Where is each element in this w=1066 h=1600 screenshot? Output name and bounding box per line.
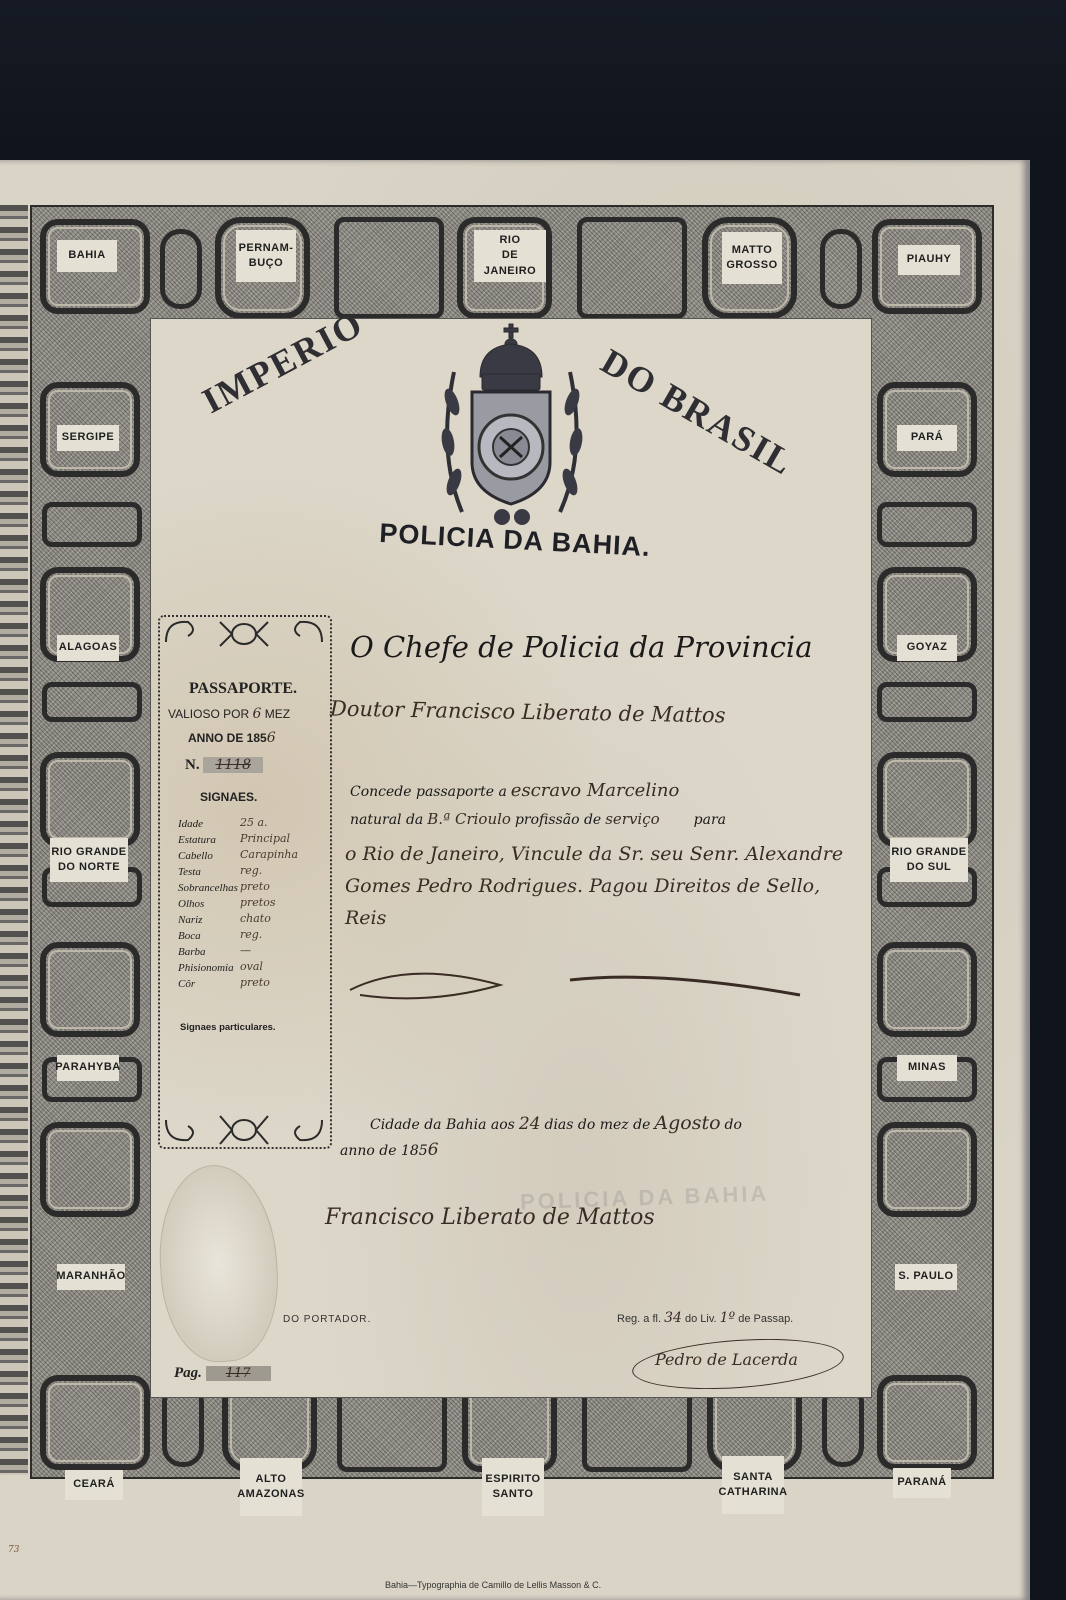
sign-field-value: Carapinha: [240, 848, 298, 861]
stub-number-label: N.: [185, 757, 200, 773]
province-label: PARÁ: [897, 425, 957, 451]
profession-label: profissão de: [515, 812, 601, 828]
date-prefix: Cidade da Bahia aos: [370, 1117, 515, 1133]
province-label: ESPIRITO SANTO: [482, 1458, 544, 1516]
province-label: GOYAZ: [897, 635, 957, 661]
stub-ornament-top-icon: [158, 612, 330, 652]
province-label: RIO GRANDE DO SUL: [890, 838, 968, 882]
sign-field-value: chato: [240, 912, 271, 925]
province-label: SANTA CATHARINA: [722, 1456, 784, 1514]
printer-credit: Bahia—Typographia de Camillo de Lellis M…: [385, 1580, 601, 1590]
province-label: RIO GRANDE DO NORTE: [50, 838, 128, 882]
stub-page-value: 117: [206, 1366, 271, 1381]
sign-field-label: Cabello: [178, 850, 213, 862]
sign-field-label: Testa: [178, 866, 201, 878]
province-label: PARANÁ: [893, 1468, 951, 1498]
province-label: MARANHÃO: [57, 1264, 125, 1290]
sign-field-value: Principal: [240, 832, 290, 845]
stub-year-value: 6: [267, 730, 276, 746]
ornament: [42, 682, 142, 722]
sign-field-label: Côr: [178, 978, 195, 990]
stub-particular-signs: Signaes particulares.: [180, 1022, 276, 1033]
date-day: 24: [519, 1114, 541, 1134]
stub-ornament-bottom-icon: [158, 1110, 330, 1150]
stub-page-label: Pag.: [174, 1365, 202, 1381]
sign-field-value: pretos: [240, 896, 276, 909]
province-label: RIO DE JANEIRO: [474, 230, 546, 282]
sign-field-label: Nariz: [178, 914, 202, 926]
stub-valid-for: VALIOSO POR 6 MEZ: [168, 706, 290, 722]
origin-prefix: natural da: [350, 812, 423, 828]
ornament: [877, 682, 977, 722]
province-label: MATTO GROSSO: [722, 232, 782, 284]
stub-number: N. 1118: [185, 757, 263, 774]
sign-field-label: Sobrancelhas: [178, 882, 238, 894]
sign-field-label: Barba: [178, 946, 206, 958]
sign-field-label: Olhos: [178, 898, 204, 910]
tile-right-4: [877, 942, 977, 1037]
province-label: PARAHYBA: [57, 1055, 119, 1081]
sign-field-value: —: [240, 944, 251, 957]
register-folio: 34: [664, 1310, 682, 1326]
left-ornamental-strip: [0, 205, 28, 1475]
sign-field-label: Phisionomia: [178, 962, 234, 974]
imperial-crest-icon: [432, 322, 592, 532]
destination-text: o Rio de Janeiro, Vincule da Sr. seu Sen…: [345, 838, 855, 934]
sign-field-label: Idade: [178, 818, 203, 830]
stub-number-value: 1118: [203, 757, 263, 773]
province-label: PERNAM- BUÇO: [236, 230, 296, 282]
stub-page: Pag. 117: [174, 1365, 271, 1382]
dark-backdrop-right: [1030, 160, 1066, 1600]
province-label: ALTO AMAZONAS: [240, 1458, 302, 1516]
date-line: Cidade da Bahia aos 24 dias do mez de Ag…: [370, 1112, 850, 1134]
stub-signs-heading: SIGNAES.: [200, 790, 257, 804]
province-label: SERGIPE: [57, 425, 119, 451]
register-suffix: de Passap.: [738, 1313, 793, 1325]
register-book-label: do Liv.: [685, 1313, 717, 1325]
sign-field-value: 25 a.: [240, 816, 268, 829]
sign-field-value: reg.: [240, 864, 262, 877]
tile-bottom-1: [40, 1375, 150, 1470]
ornament: [577, 217, 687, 319]
margin-note: 73: [8, 1545, 19, 1555]
sign-field-value: preto: [240, 976, 270, 989]
flourish-icon: [340, 965, 820, 1015]
grantee-name: escravo Marcelino: [511, 780, 679, 801]
grant-prefix: Concede passaporte a: [350, 784, 507, 800]
ornament: [820, 229, 862, 309]
register-label: Reg. a fl.: [617, 1313, 661, 1325]
tile-left-3: [40, 752, 140, 847]
sign-field-label: Boca: [178, 930, 201, 942]
sign-field-value: preto: [240, 880, 270, 893]
origin-line: natural da B.ª Crioulo profissão de serv…: [350, 810, 850, 829]
province-label: S. PAULO: [895, 1264, 957, 1290]
body-heading: O Chefe de Policia da Provincia: [350, 630, 813, 664]
province-label: ALAGOAS: [57, 635, 119, 661]
tile-right-5: [877, 1122, 977, 1217]
date-month: Agosto: [654, 1112, 720, 1134]
tile-left-4: [40, 942, 140, 1037]
register-line: Reg. a fl. 34 do Liv. 1º de Passap.: [617, 1310, 793, 1326]
province-label: PIAUHY: [898, 245, 960, 275]
stub-valid-unit: MEZ: [265, 707, 290, 721]
stub-valid-label: VALIOSO POR: [168, 707, 249, 721]
stub-valid-value: 6: [252, 706, 261, 722]
profession-value: serviço: [605, 810, 659, 828]
tile-right-3: [877, 752, 977, 847]
year-prefix: do: [725, 1117, 742, 1133]
sign-field-label: Estatura: [178, 834, 216, 846]
destination-label: para: [694, 812, 726, 828]
dark-backdrop: [0, 0, 1066, 160]
ornament: [42, 502, 142, 547]
province-label: CEARÁ: [65, 1470, 123, 1500]
province-label: BAHIA: [57, 240, 117, 272]
chief-signature: Francisco Liberato de Mattos: [325, 1205, 655, 1230]
stub-year-label: ANNO DE 185: [188, 731, 267, 745]
sign-field-value: oval: [240, 960, 263, 973]
year-label: anno de 185: [340, 1143, 428, 1159]
stub-title: PASSAPORTE.: [178, 680, 308, 698]
stub-year: ANNO DE 1856: [188, 730, 276, 746]
clerk-signature: Pedro de Lacerda: [655, 1350, 798, 1369]
year-value: 6: [428, 1140, 439, 1160]
register-book: 1º: [720, 1310, 736, 1326]
grant-line: Concede passaporte a escravo Marcelino: [350, 780, 850, 801]
province-label: MINAS: [897, 1055, 957, 1081]
bearer-label: DO PORTADOR.: [283, 1314, 371, 1325]
ornament: [877, 502, 977, 547]
ornament: [160, 229, 202, 309]
year-line: anno de 1856: [340, 1140, 439, 1160]
tile-bottom-5: [877, 1375, 977, 1470]
origin-value: B.ª Crioulo: [427, 810, 511, 828]
sign-field-value: reg.: [240, 928, 262, 941]
tile-left-5: [40, 1122, 140, 1217]
month-prefix: dias do mez de: [544, 1117, 650, 1133]
